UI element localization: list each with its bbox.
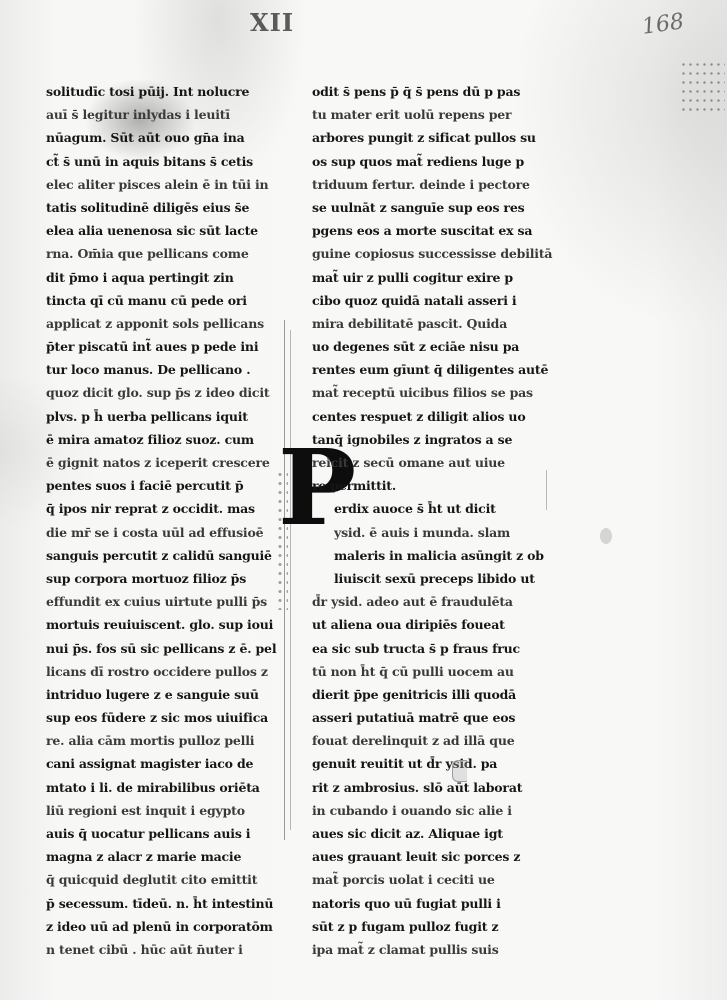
manuscript-line: maleris in malicia asūngit z ob [312,544,556,567]
manuscript-line: ut aliena oua diripiēs foueat [312,613,556,636]
manuscript-line: se uulnāt z sanguīe sup eos res [312,196,556,219]
manuscript-line: tatis solitudinē diligēs eius s̄e [46,196,278,219]
manuscript-line: applicat z apponit sols pellicans [46,312,278,335]
manuscript-line: mtato i li. de mirabilibus oriēta [46,776,278,799]
manuscript-line: dierit p̄pe genitricis illi quodā [312,683,556,706]
chapter-numeral: XII [250,8,294,37]
manuscript-line: rna. Om̄ia que pellicans come [46,242,278,265]
manuscript-line: arbores pungit z sificat pullos su [312,126,556,149]
manuscript-line: ē gignit natos z iceperit crescere [46,451,278,474]
manuscript-line: elea alia uenenosa sic sūt lacte [46,219,278,242]
manuscript-line: p̄ secessum. tīdeū. n. h̄t intestinū [46,892,278,915]
manuscript-line: liū regioni est inquit i egypto [46,799,278,822]
manuscript-line: z ideo uū ad plenū in corporatōm [46,915,278,938]
manuscript-line: q̄ quicquid deglutit cito emittit [46,868,278,891]
manuscript-line: guine copiosus successisse debilitā [312,242,556,265]
manuscript-line: reicit z secū omane aut uiue [312,451,556,474]
manuscript-line: aues sic dicit az. Aliquae igt [312,822,556,845]
manuscript-line: auis q̄ uocatur pellicans auis i [46,822,278,845]
manuscript-line: erdix auoce s̄ h̄t ut dicit [312,497,556,520]
parchment-stain [600,528,612,544]
folio-number: 168 [640,9,685,40]
manuscript-line: tū non h̄t q̄ cū pulli uocem au [312,660,556,683]
right-text-column: odit s̄ pens p̄ q̄ s̄ pens dū p pastu ma… [312,80,556,961]
manuscript-line: ipa mat̃ z clamat pullis suis [312,938,556,961]
manuscript-line: p̄ter piscatū int̃ aues p pede ini [46,335,278,358]
manuscript-line: ea sic sub tructa s̄ p fraus fruc [312,637,556,660]
manuscript-line: ē mira amatoz filioz suoz. cum [46,428,278,451]
manuscript-page: XII 168 solitudīc tosi pūij. Int nolucre… [0,0,727,1000]
manuscript-line: sanguis percutit z calidū sanguiē [46,544,278,567]
ruling-line [546,470,547,510]
manuscript-line: mira debilitatē pascit. Quida [312,312,556,335]
manuscript-line: rentes eum gīunt q̄ diligentes autē [312,358,556,381]
manuscript-line: q̄ ipos nir reprat z occidit. mas [46,497,278,520]
manuscript-line: pgens eos a morte suscitat ex sa [312,219,556,242]
paragraph-mark [452,760,467,782]
manuscript-line: pentes suos i faciē percutit p̄ [46,474,278,497]
manuscript-line: elec aliter pisces alein ē in tūi in [46,173,278,196]
manuscript-line: cibo quoz quidā natali asseri i [312,289,556,312]
manuscript-line: solitudīc tosi pūij. Int nolucre [46,80,278,103]
manuscript-line: d̄r ysid. adeo aut ē fraudulēta [312,590,556,613]
manuscript-line: auī s̄ legitur inlydas i leuitī [46,103,278,126]
manuscript-line: odit s̄ pens p̄ q̄ s̄ pens dū p pas [312,80,556,103]
manuscript-line: re. alia cām mortis pulloz pelli [46,729,278,752]
manuscript-line: mat̃ porcis uolat i ceciti ue [312,868,556,891]
manuscript-line: genuit reuitit ut d̄r ysid. pa [312,752,556,775]
manuscript-line: fouat derelinquit z ad illā que [312,729,556,752]
manuscript-line: triduum fertur. deinde i pectore [312,173,556,196]
manuscript-line: dit p̄mo i aqua pertingit zin [46,266,278,289]
manuscript-line: cani assignat magister iaco de [46,752,278,775]
manuscript-line: sup corpora mortuoz filioz p̄s [46,567,278,590]
manuscript-line: centes respuet z diligit alios uo [312,405,556,428]
manuscript-line: rit z ambrosius. slō aūt laborat [312,776,556,799]
manuscript-line: tincta qī cū manu cū pede ori [46,289,278,312]
manuscript-line: uo degenes sūt z eciāe nisu pa [312,335,556,358]
manuscript-line: magna z alacr z marie macie [46,845,278,868]
manuscript-line: effundit ex cuius uirtute pulli p̄s [46,590,278,613]
manuscript-line: liuiscit sexū preceps libido ut [312,567,556,590]
manuscript-line: nūagum. Sūt aūt ouo gn̄a ina [46,126,278,149]
manuscript-line: sūt z p fugam pulloz fugit z [312,915,556,938]
manuscript-line: plvs. p h̄ uerba pellicans iquit [46,405,278,428]
manuscript-line: licans dī rostro occidere pullos z [46,660,278,683]
manuscript-line: in cubando i ouando sic alie i [312,799,556,822]
manuscript-line: asseri putatiuā matrē que eos [312,706,556,729]
manuscript-line: aues grauant leuit sic porces z [312,845,556,868]
manuscript-line: re permittit. [312,474,556,497]
manuscript-line: tu mater erit uolū repens per [312,103,556,126]
manuscript-line: die mr̄ se i costa uūl ad effusioē [46,521,278,544]
marginal-flourish-line [290,330,291,830]
manuscript-line: tur loco manus. De pellicano . [46,358,278,381]
manuscript-line: intriduo lugere z e sanguie suū [46,683,278,706]
manuscript-line: mat̃ uir z pulli cogitur exire p [312,266,556,289]
manuscript-line: ysid. ē auis i munda. slam [312,521,556,544]
manuscript-line: mortuis reuiuiscent. glo. sup ioui [46,613,278,636]
left-text-column: solitudīc tosi pūij. Int nolucreauī s̄ l… [46,80,278,961]
manuscript-line: tanq̄ ignobiles z ingratos a se [312,428,556,451]
manuscript-line: os sup quos mat̃ rediens luge p [312,150,556,173]
manuscript-line: sup eos fūdere z sic mos uiuifica [46,706,278,729]
manuscript-line: ct̃ s̄ unū in aquis bitans s̄ cetis [46,150,278,173]
manuscript-line: n tenet cibū . hūc aūt n̄uter i [46,938,278,961]
foxing-speckles [680,60,725,115]
manuscript-line: natoris quo uū fugiat pulli i [312,892,556,915]
manuscript-line: mat̃ receptū uicibus filios se pas [312,381,556,404]
manuscript-line: quoz dicit glo. sup p̄s z ideo dicit [46,381,278,404]
manuscript-line: nui p̄s. fos sū sic pellicans z ē. pel [46,637,278,660]
